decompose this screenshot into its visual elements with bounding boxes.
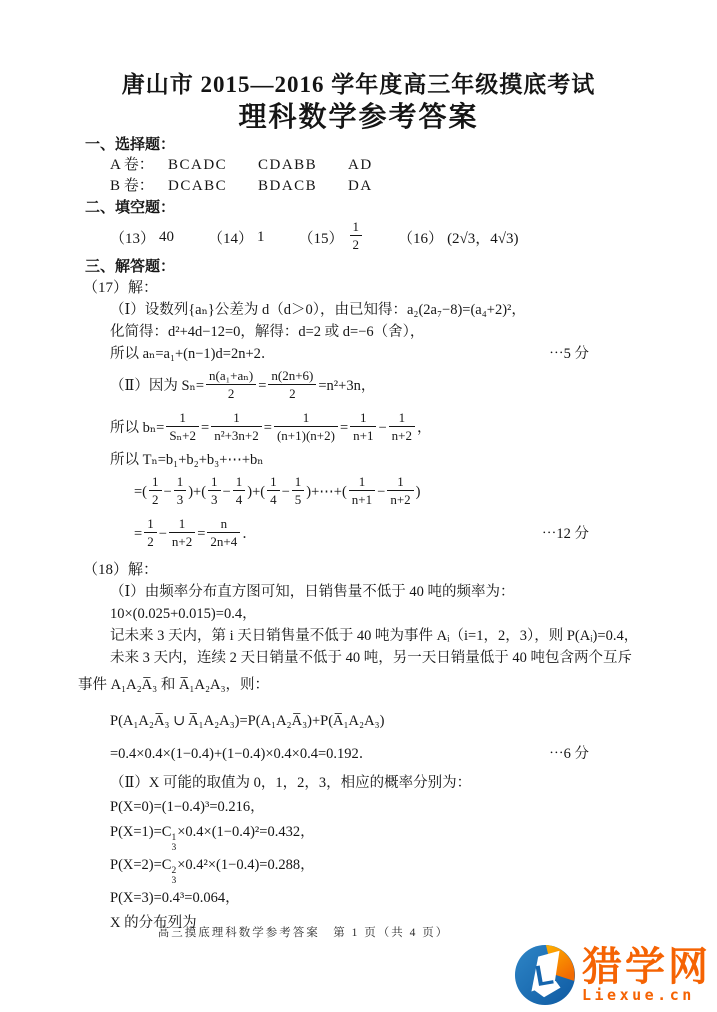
answers-group: CDABB (258, 155, 348, 176)
fraction: n2n+4 (207, 516, 240, 549)
solution-line: 所以 aₙ=a₁+(n−1)d=2n+2．⋯5 分 (0, 343, 717, 365)
fraction: 1(n+1)(n+2) (274, 410, 338, 443)
math-text: 所以 Tₙ=b₁+b₂+b₃+⋯+bₙ (110, 452, 264, 468)
math-text: 所以 bₙ= (110, 420, 164, 436)
solution-line: P(X=2)=C23×0.4²×(1−0.4)=0.288， (0, 853, 717, 886)
fraction: 12 (350, 219, 363, 252)
item-answer: (2√3，4√3) (447, 227, 518, 248)
math-text: P(X=2)=C (110, 857, 171, 873)
fraction: 1n+1 (349, 474, 375, 507)
item-number: （13） (110, 227, 155, 248)
q18-label: （18）解： (0, 559, 717, 581)
fraction: 15 (292, 474, 305, 507)
math-text: − (282, 484, 290, 500)
fraction: 14 (233, 474, 246, 507)
solution-line: =0.4×0.4×(1−0.4)+(1−0.4)×0.4×0.4=0.192．⋯… (0, 742, 717, 766)
math-text: = (340, 420, 348, 436)
q17-solution: （Ⅰ）设数列{aₙ}公差为 d（d＞0），由已知得：a₂(2a₇−8)=(a₄+… (0, 299, 717, 555)
solution-line: P(X=3)=0.4³=0.064， (0, 886, 717, 911)
q17-label: （17）解： (0, 277, 717, 299)
fraction-denominator: 2 (350, 236, 363, 252)
fraction: 14 (267, 474, 280, 507)
sup-sub-stack: 23 (171, 867, 176, 886)
math-text: P(X=0)=(1−0.4)³=0.216， (110, 799, 265, 815)
fraction: 13 (174, 474, 187, 507)
solution-line: =(12−13)+(13−14)+(14−15)+⋯+(1n+1−1n+2) (0, 471, 717, 513)
solution-line: 记未来 3 天内，第 i 天日销售量不低于 40 吨为事件 Aᵢ（i=1，2，3… (0, 625, 717, 647)
solution-line: （Ⅱ）因为 Sₙ=n(a₁+aₙ)2=n(2n+6)2=n²+3n， (0, 365, 717, 407)
solution-line: （Ⅰ）设数列{aₙ}公差为 d（d＞0），由已知得：a₂(2a₇−8)=(a₄+… (0, 299, 717, 321)
section-fill-heading: 二、填空题： (0, 197, 717, 218)
page-footer: 高三摸底理科数学参考答案 第 1 页（共 4 页） (0, 924, 607, 940)
paper-a-label: A 卷： (110, 155, 168, 176)
solution-line: （Ⅱ）X 可能的取值为 0，1，2，3，相应的概率分别为： (0, 771, 717, 795)
fraction: n(a₁+aₙ)2 (206, 368, 256, 401)
math-text: = (197, 526, 205, 542)
score-marker: ⋯6 分 (549, 742, 589, 766)
fraction-numerator: 1 (350, 219, 363, 236)
solution-line: 化简得：d²+4d−12=0，解得：d=2 或 d=−6（舍）， (0, 321, 717, 343)
solution-line: P(X=0)=(1−0.4)³=0.216， (0, 795, 717, 820)
math-text: P(X=1)=C (110, 824, 171, 840)
q18-solution: （Ⅰ）由频率分布直方图可知，日销售量不低于 40 吨的频率为：10×(0.025… (0, 581, 717, 936)
answers-group: BCADC (168, 155, 258, 176)
fraction: 1n+2 (389, 410, 415, 443)
item-answer: 1 (257, 229, 265, 246)
item-answer: 40 (159, 229, 174, 246)
math-text: ． (242, 526, 257, 542)
math-text: − (378, 420, 386, 436)
math-text: − (223, 484, 231, 500)
fraction: 1n²+3n+2 (211, 410, 262, 443)
math-text: 所以 aₙ=a₁+(n−1)d=2n+2． (110, 346, 275, 362)
fill-answer-13: （13）40 (110, 227, 174, 248)
math-text: − (377, 484, 385, 500)
answers-group: BDACB (258, 176, 348, 197)
score-marker: ⋯12 分 (542, 513, 589, 555)
solution-line: 10×(0.025+0.015)=0.4， (0, 603, 717, 625)
math-text: 事件 A₁A₂A̅₃ 和 A̅₁A₂A₃，则： (78, 677, 269, 693)
liexue-logo-texts: 猎学网 Liexue.cn (582, 947, 711, 1003)
math-text: （Ⅰ）由频率分布直方图可知，日销售量不低于 40 吨的频率为： (110, 584, 514, 600)
answers-group: DA (348, 176, 373, 197)
fraction: 1n+1 (350, 410, 376, 443)
math-text: ×0.4×(1−0.4)²=0.432， (177, 824, 314, 840)
math-text: )+⋯+( (306, 484, 347, 500)
solution-line: P(A₁A₂A̅₃ ∪ A̅₁A₂A₃)=P(A₁A₂A̅₃)+P(A̅₁A₂A… (0, 709, 717, 733)
fill-answer-15: （15）12 (299, 221, 365, 254)
solution-line: 所以 Tₙ=b₁+b₂+b₃+⋯+bₙ (0, 449, 717, 471)
score-marker: ⋯5 分 (549, 343, 589, 365)
fraction: n(2n+6)2 (268, 368, 316, 401)
choice-row-b: B 卷：DCABCBDACBDA (0, 176, 717, 197)
fill-answer-14: （14）1 (208, 227, 265, 248)
math-text: )+( (247, 484, 265, 500)
fraction: 1Sₙ+2 (166, 410, 199, 443)
math-text: P(X=3)=0.4³=0.064， (110, 890, 240, 906)
liexue-logo-subtext: Liexue.cn (582, 987, 695, 1003)
fraction: 12 (144, 516, 157, 549)
math-text: 10×(0.025+0.015)=0.4， (110, 606, 257, 622)
math-text: = (201, 420, 209, 436)
fill-answer-16: （16）(2√3，4√3) (398, 227, 518, 248)
math-text: ) (416, 484, 421, 500)
solution-line: 所以 bₙ=1Sₙ+2=1n²+3n+2=1(n+1)(n+2)=1n+1−1n… (0, 407, 717, 449)
math-text: 未来 3 天内，连续 2 天日销量不低于 40 吨，另一天日销量低于 40 吨包… (110, 650, 632, 666)
math-text: =n²+3n， (318, 378, 375, 394)
math-text: （Ⅱ）因为 Sₙ= (110, 378, 204, 394)
fraction: 12 (149, 474, 162, 507)
math-text: 记未来 3 天内，第 i 天日销售量不低于 40 吨为事件 Aᵢ（i=1，2，3… (110, 628, 638, 644)
sup-sub-stack: 13 (171, 834, 176, 853)
math-text: （Ⅰ）设数列{aₙ}公差为 d（d＞0），由已知得：a₂(2a₇−8)=(a₄+… (110, 302, 526, 318)
paper-b-label: B 卷： (110, 176, 168, 197)
document-page: 唐山市 2015—2016 学年度高三年级摸底考试 理科数学参考答案 一、选择题… (0, 0, 717, 1012)
math-text: =( (134, 484, 147, 500)
document-content: 唐山市 2015—2016 学年度高三年级摸底考试 理科数学参考答案 一、选择题… (0, 0, 717, 936)
math-text: =0.4×0.4×(1−0.4)+(1−0.4)×0.4×0.4=0.192． (110, 746, 373, 762)
math-text: （Ⅱ）X 可能的取值为 0，1，2，3，相应的概率分别为： (110, 775, 471, 791)
section-solutions-heading: 三、解答题： (0, 256, 717, 277)
exam-title: 唐山市 2015—2016 学年度高三年级摸底考试 (0, 70, 717, 100)
item-number: （16） (398, 227, 443, 248)
math-text: = (258, 378, 266, 394)
math-text: ， (417, 420, 432, 436)
math-text: P(A₁A₂A̅₃ ∪ A̅₁A₂A₃)=P(A₁A₂A̅₃)+P(A̅₁A₂A… (110, 713, 384, 729)
fraction: 1n+2 (387, 474, 413, 507)
solution-line: 未来 3 天内，连续 2 天日销量不低于 40 吨，另一天日销量低于 40 吨包… (0, 647, 717, 669)
fill-answers-row: （13）40 （14）1 （15）12 （16）(2√3，4√3) (0, 218, 717, 256)
item-number: （15） (299, 227, 344, 248)
liexue-logo-text: 猎学网 (582, 947, 711, 987)
answer-key-title: 理科数学参考答案 (0, 100, 717, 134)
solution-line: 事件 A₁A₂A̅₃ 和 A̅₁A₂A₃，则： (0, 674, 717, 696)
math-text: = (264, 420, 272, 436)
choice-row-a: A 卷：BCADCCDABBAD (0, 155, 717, 176)
math-text: ×0.4²×(1−0.4)=0.288， (177, 857, 314, 873)
solution-line: P(X=1)=C13×0.4×(1−0.4)²=0.432， (0, 820, 717, 853)
math-text: − (159, 526, 167, 542)
fraction: 1n+2 (169, 516, 195, 549)
liexue-logo-icon: L (514, 944, 576, 1006)
math-text: )+( (188, 484, 206, 500)
math-text: − (164, 484, 172, 500)
liexue-watermark: L 猎学网 Liexue.cn (514, 944, 711, 1006)
solution-line: （Ⅰ）由频率分布直方图可知，日销售量不低于 40 吨的频率为： (0, 581, 717, 603)
section-choice-heading: 一、选择题： (0, 134, 717, 155)
answers-group: DCABC (168, 176, 258, 197)
solution-line: =12−1n+2=n2n+4．⋯12 分 (0, 513, 717, 555)
fraction: 13 (208, 474, 221, 507)
answers-group: AD (348, 155, 373, 176)
item-number: （14） (208, 227, 253, 248)
math-text: = (134, 526, 142, 542)
math-text: 化简得：d²+4d−12=0，解得：d=2 或 d=−6（舍）， (110, 324, 424, 340)
